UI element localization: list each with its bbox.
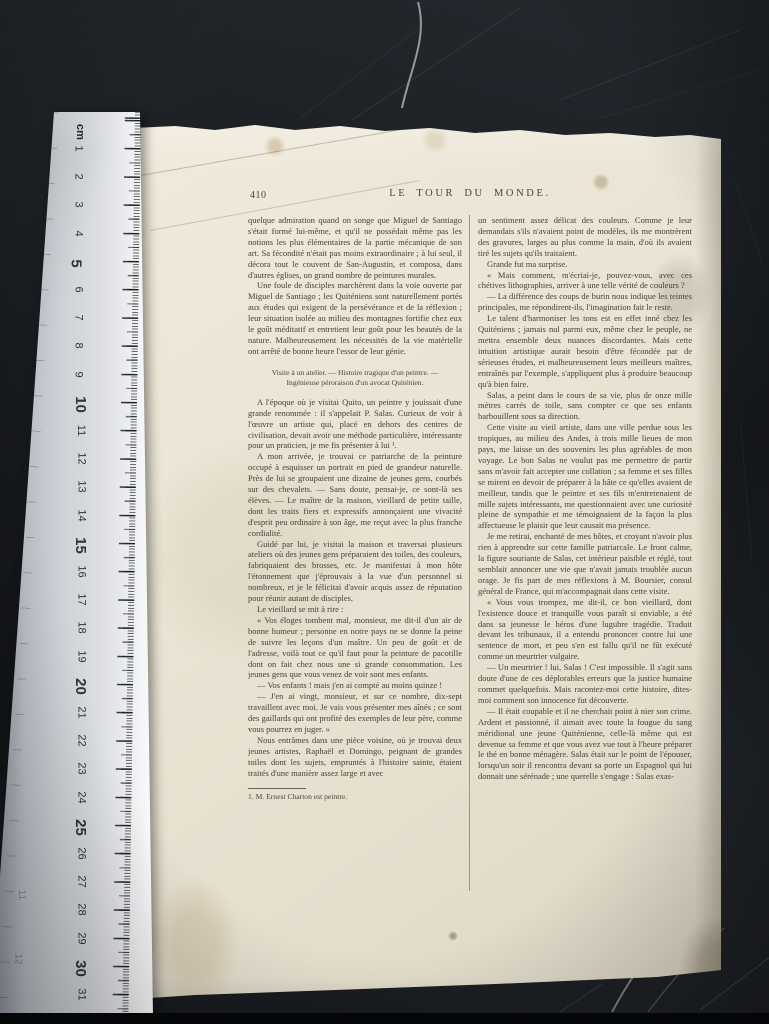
ruler-cm-number: 27	[76, 876, 87, 888]
ruler-cm-number: 18	[76, 622, 87, 634]
ruler-cm-number: 14	[76, 509, 87, 521]
paragraph: Guidé par lui, je visitai la maison et t…	[248, 539, 462, 604]
running-title: LE TOUR DU MONDE.	[248, 188, 692, 199]
ruler-inch-number: 12	[13, 953, 23, 964]
ruler-cm-number: 1	[73, 145, 84, 151]
paragraph: — Vos enfants ! mais j'en ai compté au m…	[248, 680, 462, 691]
ruler-cm-number: 17	[76, 594, 87, 606]
ruler-cm-number: 9	[73, 371, 84, 377]
ruler-cm-number: 4	[73, 230, 84, 236]
ruler-cm-number: 16	[76, 565, 87, 577]
paragraph: A l'époque où je visitai Quito, un peint…	[248, 397, 462, 452]
ruler-cm-number: 24	[76, 791, 87, 803]
page-header: 410 LE TOUR DU MONDE.	[248, 188, 692, 204]
left-column-paragraphs: quelque admiration quand on songe que Mi…	[248, 215, 462, 779]
paragraph: un sentiment assez délicat des couleurs.…	[478, 215, 692, 259]
ruler-cm-number: 8	[73, 343, 84, 349]
magazine-page: 410 LE TOUR DU MONDE. quelque admiration…	[135, 124, 721, 1008]
paragraph: Visite à un atelier. — Histoire tragique…	[256, 368, 454, 388]
ruler-cm-number: 29	[76, 932, 87, 944]
ruler-cm-number: 22	[76, 735, 87, 747]
paragraph: — Il était coupable et il ne cherchait p…	[478, 706, 692, 782]
paragraph: Le talent d'harmoniser les tons est en e…	[478, 313, 692, 389]
ruler-cm-number: 11	[75, 425, 86, 436]
photo-edge-band	[0, 1013, 769, 1024]
paragraph: Une foule de disciples marchèrent dans l…	[248, 280, 462, 356]
ruler-cm-number: 6	[73, 286, 84, 292]
ruler-cm-number: 23	[76, 763, 87, 775]
ruler-cm-number: 31	[76, 988, 87, 1000]
paper-crease	[135, 124, 431, 177]
paragraph: A mon arrivée, je trouvai ce patriarche …	[248, 451, 462, 538]
ruler-cm-number: 2	[73, 174, 84, 180]
ruler-cm-number: 15	[73, 537, 88, 554]
ruler-cm-number: 30	[73, 960, 88, 977]
footnote-rule	[248, 788, 306, 789]
ruler-cm-number: 28	[76, 904, 87, 916]
paragraph: « Vos éloges tombent mal, monsieur, me d…	[248, 615, 462, 680]
ruler-cm-number: 21	[76, 706, 87, 718]
text-columns: quelque admiration quand on songe que Mi…	[248, 215, 692, 891]
paragraph: Salas, a peint dans le cours de sa vie, …	[478, 390, 692, 423]
ruler-unit-label: cm	[74, 124, 86, 140]
photo-scene: 410 LE TOUR DU MONDE. quelque admiration…	[0, 0, 769, 1024]
ruler-cm-number: 3	[73, 202, 84, 208]
ruler-cm-number: 10	[73, 396, 88, 413]
ruler-cm-number: 20	[73, 678, 88, 695]
left-column: quelque admiration quand on songe que Mi…	[248, 215, 470, 891]
ruler: cm 1234567891011121314151617181920212223…	[0, 112, 154, 1017]
ruler-cm-number: 25	[73, 819, 88, 836]
paragraph: Cette visite au vieil artiste, dans une …	[478, 422, 692, 531]
paragraph: — La différence des coups de burin nous …	[478, 291, 692, 313]
paragraph: Nous entrâmes dans une pièce voisine, où…	[248, 735, 462, 779]
ruler-cm-number: 13	[76, 481, 87, 493]
paragraph: Grande fut ma surprise.	[478, 259, 692, 270]
ruler-cm-number: 7	[73, 315, 84, 321]
ruler-cm-number: 5	[69, 259, 84, 267]
ruler-cm-number: 19	[76, 650, 87, 662]
ruler-cm-number: 26	[76, 847, 87, 859]
paragraph: quelque admiration quand on songe que Mi…	[248, 215, 462, 280]
right-column: un sentiment assez délicat des couleurs.…	[470, 215, 692, 891]
ruler-inch-number: 11	[16, 890, 26, 900]
paragraph: Je me retirai, enchanté de mes hôtes, et…	[478, 531, 692, 596]
paragraph: — J'en ai vingt, monsieur, et sur ce nom…	[248, 691, 462, 735]
paragraph: Le vieillard se mit à rire :	[248, 604, 462, 615]
footnote: 1. M. Ernest Charton est peintre.	[248, 792, 462, 802]
ruler-cm-number: 12	[76, 453, 87, 465]
paragraph: — Un meurtrier ! lui, Salas ! C'est impo…	[478, 662, 692, 706]
paragraph: « Vous vous trompez, me dit-il, ce bon v…	[478, 597, 692, 662]
paragraph: « Mais comment, m'écriai-je, pouvez-vous…	[478, 270, 692, 292]
